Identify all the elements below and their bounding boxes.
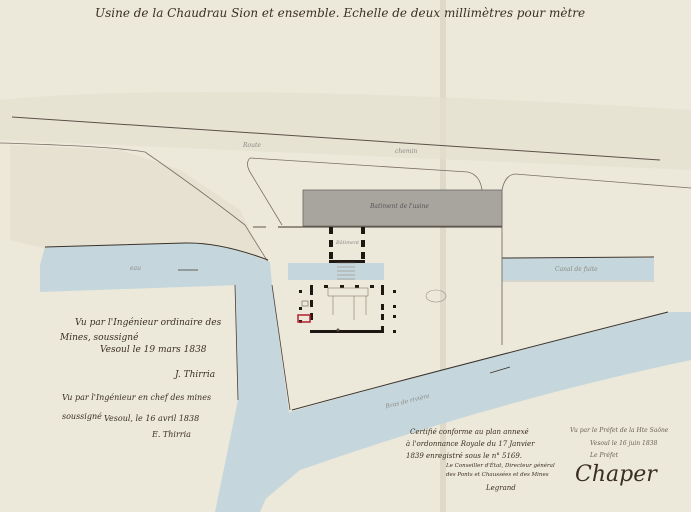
note-line: à l'ordonnance Royale du 17 Janvier <box>406 440 535 448</box>
water-label: eau <box>130 265 141 272</box>
note-line: Mines, soussigné <box>60 333 138 343</box>
road-label-2: chemin <box>395 148 417 155</box>
canal-label: Canal de fuite <box>555 266 598 273</box>
top-building-label: Batiment de l'usine <box>370 203 429 210</box>
note-line: Vesoul le 16 juin 1838 <box>590 440 657 447</box>
site-plan-drawing <box>0 0 691 512</box>
map-title: Usine de la Chaudrau Sion et ensemble. E… <box>95 6 585 20</box>
site-plan-sheet: Route chemin Batiment de l'usine Bâtimen… <box>0 0 691 512</box>
note-line: Certifié conforme au plan annexé <box>410 428 529 436</box>
note-line: Le Préfet <box>590 452 618 459</box>
road-label: Route <box>243 142 261 149</box>
note-line: Vesoul, le 16 avril 1838 <box>104 414 199 423</box>
note-line: 1839 enregistré sous le n° 5169. <box>406 452 522 460</box>
note-line: des Ponts et Chaussées et des Mines <box>446 472 549 478</box>
note-line: soussigné <box>62 412 102 421</box>
note-line: Vu par l'Ingénieur ordinaire des <box>75 318 221 328</box>
note-line: Vu par le Préfet de la Hte Saône <box>570 427 668 434</box>
note-line: Vesoul le 19 mars 1838 <box>100 345 207 355</box>
note-line: Vu par l'Ingénieur en chef des mines <box>62 393 211 402</box>
signature: Legrand <box>486 484 516 492</box>
signature: E. Thirria <box>152 430 191 439</box>
annex-label: Bâtiment <box>336 240 359 246</box>
signature: J. Thirria <box>175 370 215 380</box>
signature: Chaper <box>575 462 657 487</box>
note-line: Le Conseiller d'État, Directeur général <box>446 463 555 469</box>
